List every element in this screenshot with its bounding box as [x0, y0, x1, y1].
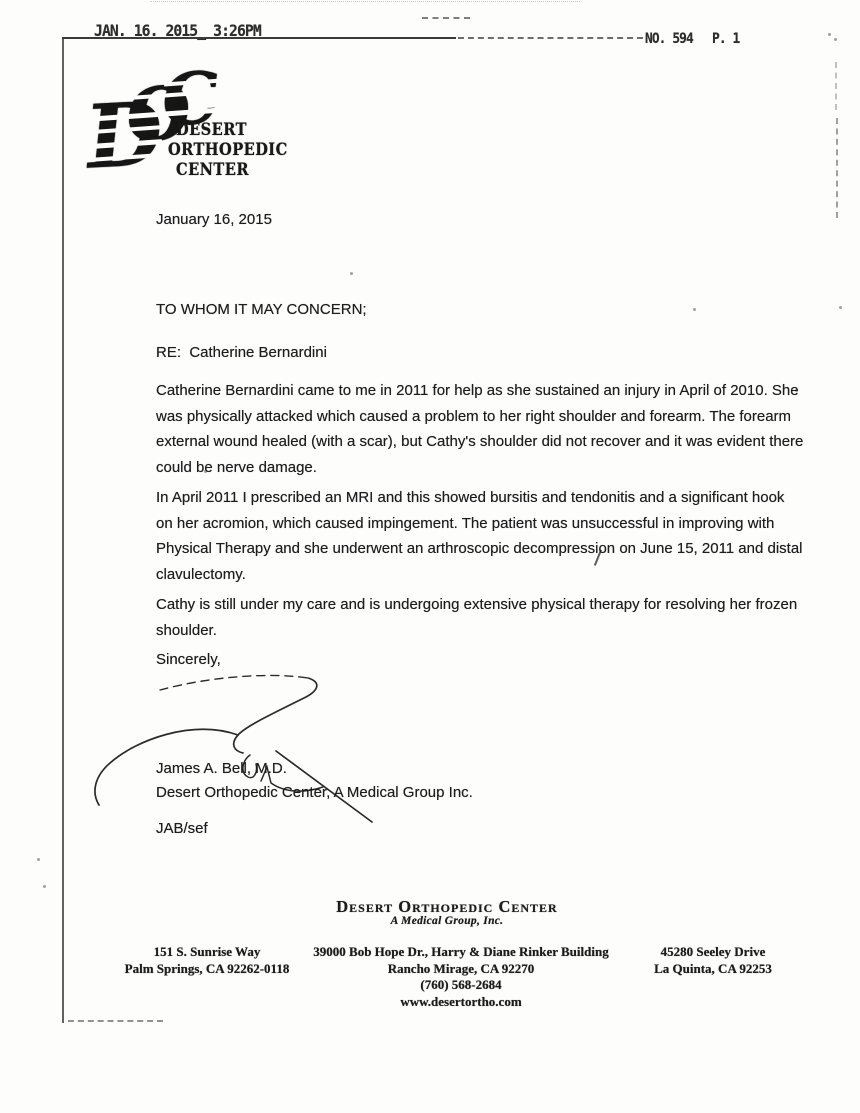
scan-speck — [693, 308, 696, 311]
footer-address-line: 151 S. Sunrise Way — [92, 944, 322, 961]
letter-re-line: RE: Catherine Bernardini — [156, 340, 327, 366]
footer-address-line: La Quinta, CA 92253 — [618, 961, 808, 978]
letter-paragraph-2: In April 2011 I prescribed an MRI and th… — [156, 485, 804, 587]
signer-organization: Desert Orthopedic Center, A Medical Grou… — [156, 780, 473, 806]
letter-closing: Sincerely, — [156, 647, 221, 673]
letter-paragraph-3: Cathy is still under my care and is unde… — [156, 592, 804, 643]
scan-speck — [839, 306, 842, 309]
scan-streak-right — [836, 118, 838, 218]
footer-website: www.desertortho.com — [301, 994, 621, 1011]
footer-location-palm-springs: 151 S. Sunrise Way Palm Springs, CA 9226… — [92, 944, 322, 977]
fax-header-line — [62, 37, 456, 39]
scan-speck — [828, 33, 831, 36]
logo-name-line-3: CENTER — [176, 160, 249, 180]
letter-date: January 16, 2015 — [156, 207, 272, 233]
scanned-fax-letter: JAN. 16. 2015_ 3:26PM NO. 594 P. 1 D O C… — [0, 0, 860, 1113]
footer-address-line: Palm Springs, CA 92262-0118 — [92, 961, 322, 978]
fax-page-number: P. 1 — [712, 31, 739, 47]
company-logo: D O C DESERT ORTHOPEDIC CENTER — [82, 72, 312, 187]
reference-initials: JAB/sef — [156, 816, 208, 842]
scan-speck — [37, 858, 40, 861]
footer-address-line: 45280 Seeley Drive — [618, 944, 808, 961]
fax-doc-number: NO. 594 — [645, 31, 693, 47]
footer-address-line: 39000 Bob Hope Dr., Harry & Diane Rinker… — [301, 944, 621, 961]
scan-dash-top — [422, 17, 470, 19]
fax-header-line-dashes — [458, 37, 643, 39]
scan-speck — [834, 38, 837, 41]
signer-name: James A. Bell, M.D. — [156, 756, 287, 782]
scan-streak-right — [835, 62, 837, 110]
footer-company-name: Desert Orthopedic Center — [247, 897, 647, 917]
letter-paragraph-1: Catherine Bernardini came to me in 2011 … — [156, 378, 804, 480]
scan-speck — [350, 272, 353, 275]
logo-name-line-2: ORTHOPEDIC — [168, 140, 288, 160]
scan-edge-top — [150, 1, 580, 2]
logo-name-line-1: DESERT — [176, 120, 247, 140]
footer-location-la-quinta: 45280 Seeley Drive La Quinta, CA 92253 — [618, 944, 808, 977]
footer-phone: (760) 568-2684 — [301, 977, 621, 994]
scan-page-border-left — [62, 37, 64, 1023]
scan-page-border-bottom — [68, 1020, 163, 1022]
footer-company-subtitle: A Medical Group, Inc. — [247, 915, 647, 927]
footer-location-rancho-mirage: 39000 Bob Hope Dr., Harry & Diane Rinker… — [301, 944, 621, 1010]
footer-address-line: Rancho Mirage, CA 92270 — [301, 961, 621, 978]
scan-speck — [43, 885, 46, 888]
letter-salutation: TO WHOM IT MAY CONCERN; — [156, 297, 367, 323]
